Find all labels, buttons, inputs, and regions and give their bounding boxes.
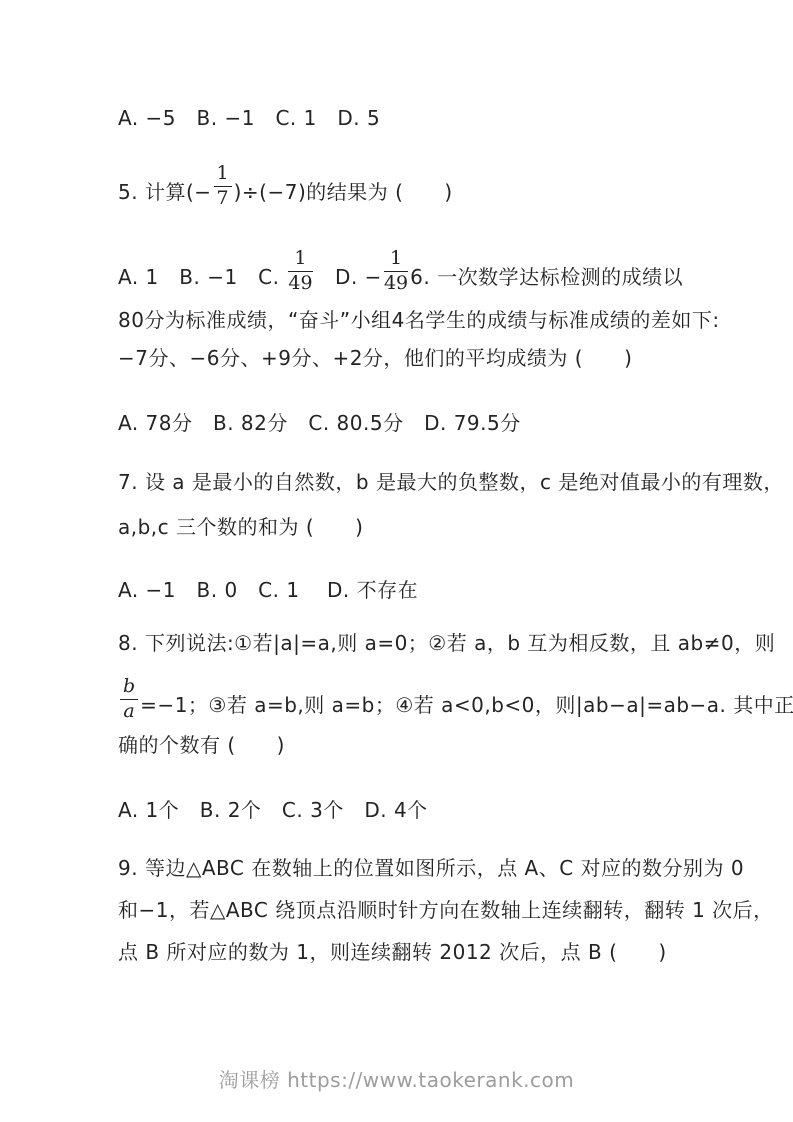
fraction-denominator: 49 — [384, 272, 408, 294]
text-run: 8. 下列说法:①若|a|=a,则 a=0；②若 a，b 互为相反数，且 ab≠… — [118, 631, 775, 655]
text-run: D. − — [315, 265, 382, 289]
text-run: 5. 计算(− — [118, 180, 212, 204]
text-run: A. 1 B. −1 C. — [118, 265, 286, 289]
options-q7: A. −1 B. 0 C. 1 D. 不存在 — [118, 576, 418, 604]
fraction-denominator: a — [120, 700, 138, 722]
question-6-line-3: −7分、−6分、+9分、+2分，他们的平均成绩为 ( ) — [118, 344, 632, 372]
question-6-line-2: 80分为标准成绩，“奋斗”小组4名学生的成绩与标准成绩的差如下: — [118, 306, 720, 334]
question-8-line-3: 确的个数有 ( ) — [118, 731, 285, 759]
text-run: 80分为标准成绩，“奋斗”小组4名学生的成绩与标准成绩的差如下: — [118, 308, 720, 332]
question-9-line-1: 9. 等边△ABC 在数轴上的位置如图所示，点 A、C 对应的数分别为 0 — [118, 854, 744, 882]
options-q5-and-question-6-start: A. 1 B. −1 C. 149 D. −1496. 一次数学达标检测的成绩以 — [118, 249, 683, 294]
text-run: A. −1 B. 0 C. 1 D. 不存在 — [118, 578, 418, 602]
fraction-denominator: 7 — [214, 187, 232, 209]
fraction-numerator: 1 — [214, 164, 232, 187]
text-run: )÷(−7)的结果为 ( ) — [234, 180, 453, 204]
fraction: 149 — [384, 249, 408, 294]
fraction-numerator: 1 — [288, 249, 312, 272]
question-8-line-1: 8. 下列说法:①若|a|=a,则 a=0；②若 a，b 互为相反数，且 ab≠… — [118, 629, 775, 657]
fraction-numerator: 1 — [384, 249, 408, 272]
fraction: 17 — [214, 164, 232, 209]
page-footer: 淘课榜 https://www.taokerank.com — [0, 1064, 793, 1093]
options-q6: A. 78分 B. 82分 C. 80.5分 D. 79.5分 — [118, 409, 521, 437]
text-run: 7. 设 a 是最小的自然数，b 是最大的负整数，c 是绝对值最小的有理数， — [118, 470, 784, 494]
text-run: =−1；③若 a=b,则 a=b；④若 a<0,b<0，则|ab−a|=ab−a… — [140, 693, 793, 717]
fraction-denominator: 49 — [288, 272, 312, 294]
text-run: A. −5 B. −1 C. 1 D. 5 — [118, 106, 380, 130]
text-run: −7分、−6分、+9分、+2分，他们的平均成绩为 ( ) — [118, 346, 632, 370]
text-run: 9. 等边△ABC 在数轴上的位置如图所示，点 A、C 对应的数分别为 0 — [118, 856, 744, 880]
text-run: 确的个数有 ( ) — [118, 733, 285, 757]
text-run: A. 78分 B. 82分 C. 80.5分 D. 79.5分 — [118, 411, 521, 435]
text-run: 6. 一次数学达标检测的成绩以 — [410, 265, 683, 289]
options-q4: A. −5 B. −1 C. 1 D. 5 — [118, 104, 380, 132]
fraction: 149 — [288, 249, 312, 294]
options-q8: A. 1个 B. 2个 C. 3个 D. 4个 — [118, 796, 428, 824]
question-9-line-3: 点 B 所对应的数为 1，则连续翻转 2012 次后，点 B ( ) — [118, 938, 667, 966]
fraction: ba — [120, 677, 138, 722]
question-5: 5. 计算(−17)÷(−7)的结果为 ( ) — [118, 164, 453, 209]
document-body: A. −5 B. −1 C. 1 D. 55. 计算(−17)÷(−7)的结果为… — [0, 0, 793, 1122]
question-7-line-1: 7. 设 a 是最小的自然数，b 是最大的负整数，c 是绝对值最小的有理数， — [118, 468, 784, 496]
fraction-numerator: b — [120, 677, 138, 700]
exam-page: A. −5 B. −1 C. 1 D. 55. 计算(−17)÷(−7)的结果为… — [0, 0, 793, 1122]
text-run: A. 1个 B. 2个 C. 3个 D. 4个 — [118, 798, 428, 822]
footer-watermark: 淘课榜 https://www.taokerank.com — [219, 1068, 574, 1092]
text-run: 点 B 所对应的数为 1，则连续翻转 2012 次后，点 B ( ) — [118, 940, 667, 964]
question-8-line-2: ba=−1；③若 a=b,则 a=b；④若 a<0,b<0，则|ab−a|=ab… — [118, 677, 793, 722]
question-7-line-2: a,b,c 三个数的和为 ( ) — [118, 513, 363, 541]
text-run: a,b,c 三个数的和为 ( ) — [118, 515, 363, 539]
text-run: 和−1，若△ABC 绕顶点沿顺时针方向在数轴上连续翻转，翻转 1 次后， — [118, 898, 774, 922]
question-9-line-2: 和−1，若△ABC 绕顶点沿顺时针方向在数轴上连续翻转，翻转 1 次后， — [118, 896, 774, 924]
